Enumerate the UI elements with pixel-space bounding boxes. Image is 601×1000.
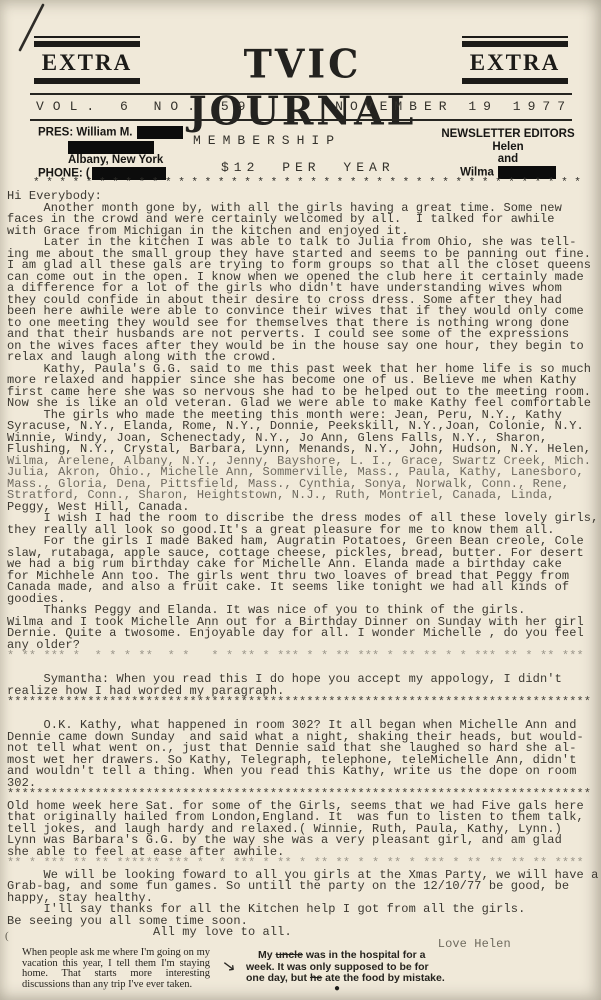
membership-price: $12 PER YEAR xyxy=(221,160,395,175)
city-line: Albany, New York xyxy=(68,154,183,167)
clipping-joke-center: My uncle was in the hospital for a week.… xyxy=(246,950,450,985)
rule-thick xyxy=(34,78,140,84)
horizontal-rule xyxy=(30,93,572,95)
address-line xyxy=(38,140,183,154)
volume-row: VOL. 6 NO. 59 NOVEMBER 19 1977 xyxy=(36,99,572,114)
newsletter-body: Hi Everybody: Another month gone by, wit… xyxy=(7,191,601,950)
clipping-joke-left: When people ask me where I'm going on my… xyxy=(22,948,210,990)
typed-line: Stratford, Conn., Sharon, Heightstown, N… xyxy=(7,490,601,502)
star-divider: * * * * * * * * * * * * * * * * * * * * … xyxy=(33,177,581,189)
extra-label-right: EXTRA xyxy=(462,47,568,78)
rule-thin xyxy=(34,36,140,38)
horizontal-rule xyxy=(30,119,572,121)
redaction-box xyxy=(137,126,183,139)
typed-line: * ** *** * * * * ** * * * * ** * *** * *… xyxy=(7,651,601,663)
president-contact-block: PRES: William M. Albany, New York PHONE:… xyxy=(38,126,183,180)
rule-thin xyxy=(462,36,568,38)
membership-label: MEMBERSHIP xyxy=(193,133,395,148)
struck-word: uncle xyxy=(276,949,303,961)
joke-text: ate the food by mistake. xyxy=(322,972,445,984)
pen-arrow-icon: ↘ xyxy=(221,955,237,976)
extra-banner-left: EXTRA xyxy=(34,36,140,84)
typed-line: Canada made, and also a fruit cake. It s… xyxy=(7,582,601,594)
extra-banner-right: EXTRA xyxy=(462,36,568,84)
joke-text: My xyxy=(258,949,276,961)
volume-number: VOL. 6 NO. 59 xyxy=(36,99,254,114)
president-line: PRES: William M. xyxy=(38,126,183,140)
extra-label-left: EXTRA xyxy=(34,47,140,78)
typed-line: Dernie. Quite a twosome. Enjoyable day f… xyxy=(7,628,601,640)
redaction-box xyxy=(68,141,154,154)
rule-thick xyxy=(462,78,568,84)
typed-line: ** * *** ** ** ****** *** * * *** * ** *… xyxy=(7,858,601,870)
bullet-mark: ● xyxy=(334,984,340,995)
typed-line: ****************************************… xyxy=(7,697,601,709)
editors-block: NEWSLETTER EDITORS Helen and Wilma xyxy=(438,128,578,179)
issue-date: NOVEMBER 19 1977 xyxy=(335,99,572,114)
editors-heading: NEWSLETTER EDITORS xyxy=(438,128,578,141)
president-label: PRES: William M. xyxy=(38,127,132,139)
typed-line: and wouldn't tell a thing. When you read… xyxy=(7,766,601,778)
pen-tick-mark: ( xyxy=(5,930,9,942)
newsletter-page: EXTRA TVIC JOURNAL EXTRA VOL. 6 NO. 59 N… xyxy=(0,0,601,1000)
struck-word: he xyxy=(310,972,322,984)
membership-block: MEMBERSHIP $12 PER YEAR xyxy=(193,133,395,175)
editor-name-1: Helen xyxy=(438,141,578,154)
editors-join: and xyxy=(438,153,578,166)
